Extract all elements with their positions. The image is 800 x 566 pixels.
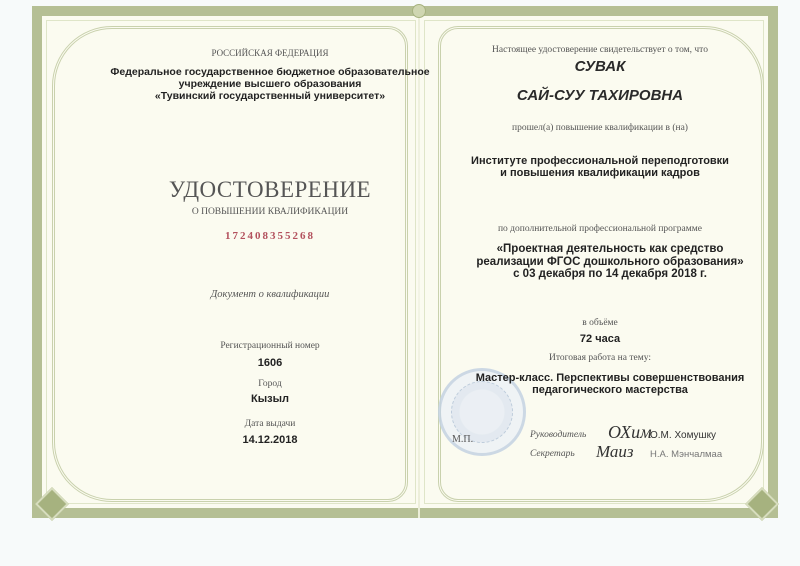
city-label: Город bbox=[120, 379, 420, 389]
institution-name: Федеральное государственное бюджетное об… bbox=[110, 66, 430, 102]
issue-date-label: Дата выдачи bbox=[120, 419, 420, 429]
document-subtitle: О ПОВЫШЕНИИ КВАЛИФИКАЦИИ bbox=[120, 207, 420, 217]
institution-line: Федеральное государственное бюджетное об… bbox=[110, 66, 430, 78]
completed-text: прошел(а) повышение квалификации в (на) bbox=[440, 123, 760, 133]
city-value: Кызыл bbox=[120, 393, 420, 405]
program-title: «Проектная деятельность как средство реа… bbox=[440, 243, 780, 281]
program-line: «Проектная деятельность как средство bbox=[440, 243, 780, 256]
registration-number: 1606 bbox=[120, 357, 420, 369]
issue-date-value: 14.12.2018 bbox=[120, 434, 420, 446]
institution-line: учреждение высшего образования bbox=[110, 78, 430, 90]
ornament-knot-icon bbox=[412, 4, 426, 18]
final-work-label: Итоговая работа на тему: bbox=[440, 353, 760, 363]
secretary-signature: Маиз bbox=[596, 442, 634, 462]
document-type: Документ о квалификации bbox=[120, 289, 420, 300]
final-work-line: педагогического мастерства bbox=[440, 384, 780, 396]
secretary-name: Н.А. Мэнчалмаа bbox=[650, 449, 760, 460]
institution-line: «Тувинский государственный университет» bbox=[110, 90, 430, 102]
final-work-title: Мастер-класс. Перспективы совершенствова… bbox=[440, 372, 780, 396]
stamp-label: М.П. bbox=[452, 434, 492, 445]
final-work-line: Мастер-класс. Перспективы совершенствова… bbox=[440, 372, 780, 384]
recipient-surname: СУВАК bbox=[440, 58, 760, 75]
program-label: по дополнительной профессиональной прогр… bbox=[440, 224, 760, 234]
document-title: УДОСТОВЕРЕНИЕ bbox=[120, 177, 420, 203]
head-label: Руководитель bbox=[530, 430, 610, 440]
certifies-text: Настоящее удостоверение свидетельствует … bbox=[440, 45, 760, 55]
registration-label: Регистрационный номер bbox=[120, 341, 420, 351]
head-signature: ОХим bbox=[608, 422, 652, 443]
institute-line: Институте профессиональной переподготовк… bbox=[440, 155, 760, 167]
volume-label: в объёме bbox=[440, 318, 760, 328]
institute-line: и повышения квалификации кадров bbox=[440, 167, 760, 179]
institute-name: Институте профессиональной переподготовк… bbox=[440, 155, 760, 179]
volume-value: 72 часа bbox=[440, 333, 760, 345]
serial-number: 172408355268 bbox=[120, 230, 420, 242]
country-label: РОССИЙСКАЯ ФЕДЕРАЦИЯ bbox=[120, 48, 420, 58]
recipient-given-names: САЙ-СУУ ТАХИРОВНА bbox=[440, 87, 760, 104]
head-name: О.М. Хомушку bbox=[650, 430, 760, 441]
program-dates: с 03 декабря по 14 декабря 2018 г. bbox=[440, 268, 780, 281]
program-line: реализации ФГОС дошкольного образования» bbox=[440, 256, 780, 269]
